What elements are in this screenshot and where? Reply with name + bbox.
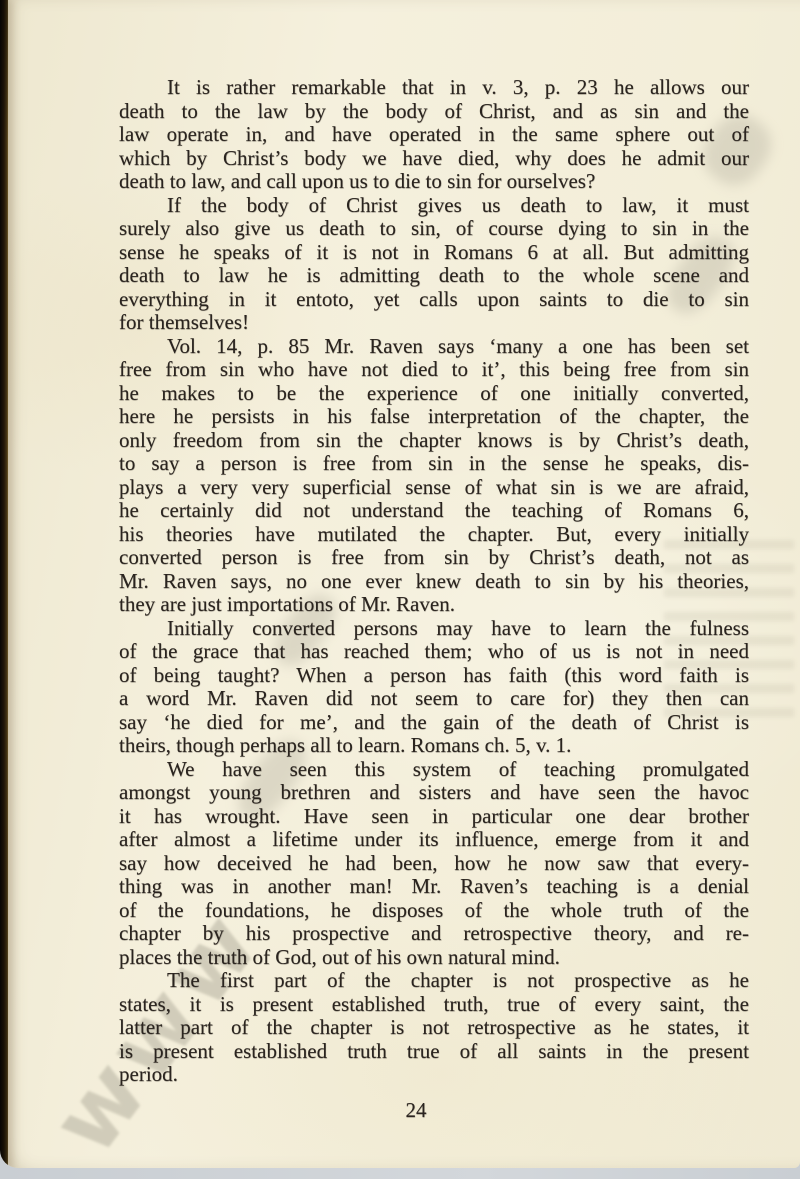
text-line: states, it is present established truth,… (119, 993, 749, 1017)
text-line: say how deceived he had been, how he now… (119, 852, 749, 876)
text-line: is present established truth true of all… (119, 1040, 749, 1064)
text-line: law operate in, and have operated in the… (119, 123, 749, 147)
text-line: converted person is free from sin by Chr… (119, 546, 749, 570)
text-line: amongst young brethren and sisters and h… (119, 781, 749, 805)
book-page: www It is rather remarkable that in v. 3… (0, 0, 800, 1168)
text-line: say ‘he died for me’, and the gain of th… (119, 711, 749, 735)
text-line: plays a very very superficial sense of w… (119, 476, 749, 500)
text-line: free from sin who have not died to it’, … (119, 358, 749, 382)
text-line: theirs, though perhaps all to learn. Rom… (119, 734, 749, 758)
paragraph: The first part of the chapter is not pro… (119, 969, 749, 1087)
text-line: The first part of the chapter is not pro… (119, 969, 749, 993)
text-line: sense he speaks of it is not in Romans 6… (119, 241, 749, 265)
text-line: surely also give us death to sin, of cou… (119, 217, 749, 241)
text-line: they are just importations of Mr. Raven. (119, 593, 749, 617)
text-line: of the foundations, he disposes of the w… (119, 899, 749, 923)
page-number: 24 (110, 1098, 722, 1123)
text-line: it has wrought. Have seen in particular … (119, 805, 749, 829)
text-line: a word Mr. Raven did not seem to care fo… (119, 687, 749, 711)
text-line: Vol. 14, p. 85 Mr. Raven says ‘many a on… (119, 335, 749, 359)
text-line: he certainly did not understand the teac… (119, 499, 749, 523)
text-line: death to the law by the body of Christ, … (119, 100, 749, 124)
page-text: It is rather remarkable that in v. 3, p.… (119, 76, 749, 1087)
text-line: It is rather remarkable that in v. 3, p.… (119, 76, 749, 100)
text-line: We have seen this system of teaching pro… (119, 758, 749, 782)
paragraph: We have seen this system of teaching pro… (119, 758, 749, 970)
text-line: chapter by his prospective and retrospec… (119, 922, 749, 946)
text-line: he makes to be the experience of one ini… (119, 382, 749, 406)
text-line: of being taught? When a person has faith… (119, 664, 749, 688)
text-line: everything in it entoto, yet calls upon … (119, 288, 749, 312)
text-line: only freedom from sin the chapter knows … (119, 429, 749, 453)
paragraph: If the body of Christ gives us death to … (119, 194, 749, 335)
text-line: to say a person is free from sin in the … (119, 452, 749, 476)
text-line: places the truth of God, out of his own … (119, 946, 749, 970)
text-line: latter part of the chapter is not retros… (119, 1016, 749, 1040)
text-line: for themselves! (119, 311, 749, 335)
text-line: which by Christ’s body we have died, why… (119, 147, 749, 171)
book-binding-edge (0, 0, 8, 1168)
text-line: death to law, and call upon us to die to… (119, 170, 749, 194)
paragraph: Initially converted persons may have to … (119, 617, 749, 758)
text-line: after almost a lifetime under its influe… (119, 828, 749, 852)
text-line: thing was in another man! Mr. Raven’s te… (119, 875, 749, 899)
text-line: death to law he is admitting death to th… (119, 264, 749, 288)
paragraph: Vol. 14, p. 85 Mr. Raven says ‘many a on… (119, 335, 749, 617)
paragraph: It is rather remarkable that in v. 3, p.… (119, 76, 749, 194)
text-line: here he persists in his false interpreta… (119, 405, 749, 429)
text-line: Initially converted persons may have to … (119, 617, 749, 641)
text-line: Mr. Raven says, no one ever knew death t… (119, 570, 749, 594)
text-line: period. (119, 1063, 749, 1087)
text-line: If the body of Christ gives us death to … (119, 194, 749, 218)
text-line: of the grace that has reached them; who … (119, 640, 749, 664)
text-line: his theories have mutilated the chapter.… (119, 523, 749, 547)
